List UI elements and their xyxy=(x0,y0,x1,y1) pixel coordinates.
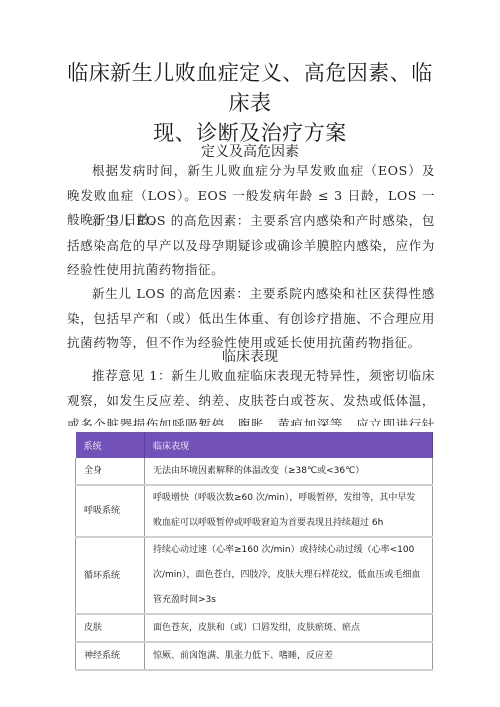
section-heading-clinical: 临床表现 xyxy=(60,346,440,366)
column-header-system: 系统 xyxy=(76,432,145,458)
table-row: 循环系统 持续心动过速（心率≥160 次/min）或持续心动过缓（心率<100 … xyxy=(76,537,433,614)
title-line-1: 临床新生儿败血症定义、高危因素、临床表 xyxy=(60,58,440,118)
cell-manifestation: 无法由环境因素解释的体温改变（≥38℃或<36℃） xyxy=(145,458,433,485)
document-page: 临床新生儿败血症定义、高危因素、临床表 现、诊断及治疗方案 定义及高危因素 根据… xyxy=(0,0,500,707)
cell-system: 呼吸系统 xyxy=(76,485,145,537)
table-row: 呼吸系统 呼吸增快（呼吸次数≥60 次/min），呼吸暂停，发绀等，其中早发败血… xyxy=(76,485,433,537)
paragraph-eos-risk: 新生儿 EOS 的高危因素：主要系宫内感染和产时感染，包括感染高危的早产以及母孕… xyxy=(67,209,435,283)
cell-system: 神经系统 xyxy=(76,642,145,670)
cell-system: 全身 xyxy=(76,458,145,485)
cell-manifestation: 呼吸增快（呼吸次数≥60 次/min），呼吸暂停，发绀等，其中早发败血症可以呼吸… xyxy=(145,485,433,537)
cell-system: 皮肤 xyxy=(76,614,145,642)
table-header-row: 系统 临床表现 xyxy=(76,432,433,458)
table-row: 皮肤 面色苍灰，皮肤和（或）口唇发绀，皮肤瘀斑、瘀点 xyxy=(76,614,433,642)
cell-system: 循环系统 xyxy=(76,537,145,614)
table-row: 神经系统 惊厥、前囟饱满、肌张力低下、嗜睡，反应差 xyxy=(76,642,433,670)
paragraph-los-risk: 新生儿 LOS 的高危因素：主要系院内感染和社区获得性感染，包括早产和（或）低出… xyxy=(67,282,435,356)
paragraph-recommendation-1: 推荐意见 1：新生儿败血症临床表现无特异性，须密切临床观察，如发生反应差、纳差、… xyxy=(67,364,435,426)
document-title: 临床新生儿败血症定义、高危因素、临床表 现、诊断及治疗方案 xyxy=(60,58,440,148)
cell-manifestation: 持续心动过速（心率≥160 次/min）或持续心动过缓（心率<100 次/min… xyxy=(145,537,433,614)
clinical-manifestations-table: 系统 临床表现 全身 无法由环境因素解释的体温改变（≥38℃或<36℃） 呼吸系… xyxy=(75,432,433,671)
column-header-manifestation: 临床表现 xyxy=(145,432,433,458)
cell-manifestation: 惊厥、前囟饱满、肌张力低下、嗜睡，反应差 xyxy=(145,642,433,670)
cell-manifestation: 面色苍灰，皮肤和（或）口唇发绀，皮肤瘀斑、瘀点 xyxy=(145,614,433,642)
table-row: 全身 无法由环境因素解释的体温改变（≥38℃或<36℃） xyxy=(76,458,433,485)
